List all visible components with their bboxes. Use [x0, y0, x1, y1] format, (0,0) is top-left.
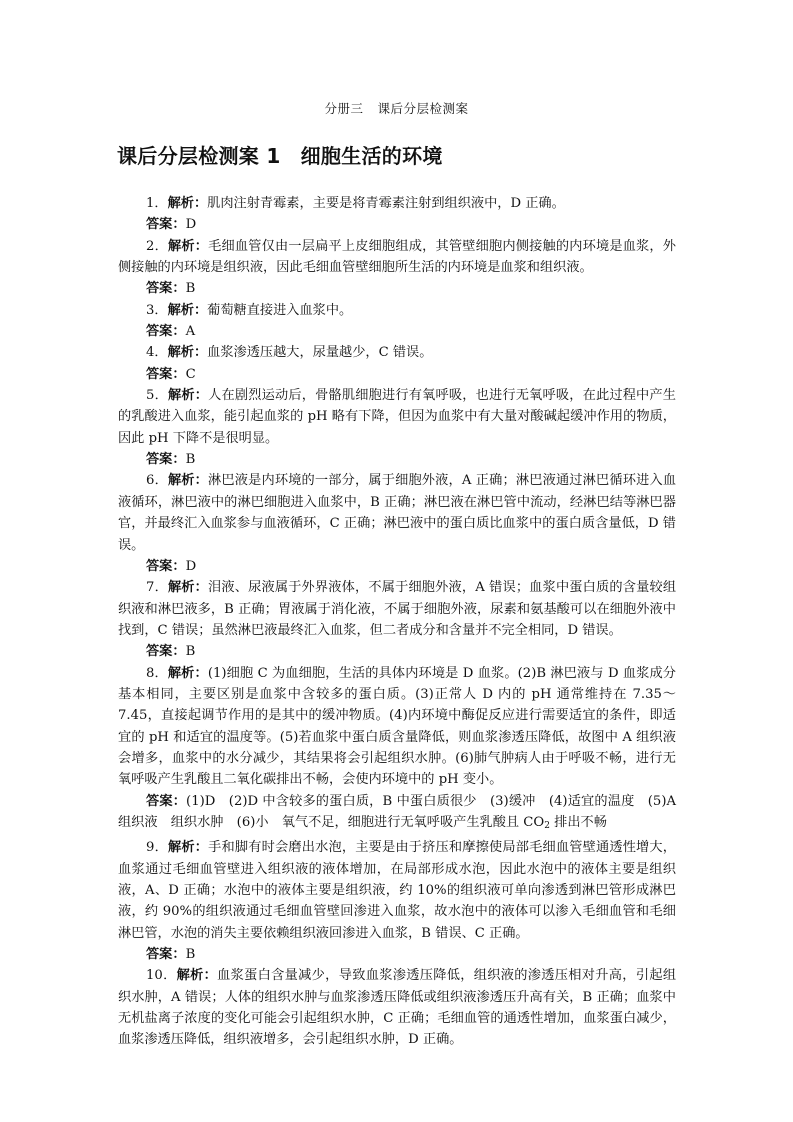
answer-value: B [186, 644, 196, 659]
item-4-answer: 答案：C [118, 364, 676, 385]
item-number: 3． [146, 303, 168, 318]
answer-label: 答案： [146, 324, 186, 339]
title-main: 课后分层检测案 1 [117, 144, 281, 168]
answer-label: 答案： [146, 794, 186, 809]
item-10-analysis: 10．解析：血浆蛋白含量减少，导致血浆渗透压降低，组织液的渗透压相对升高，引起组… [118, 965, 676, 1050]
item-number: 4． [146, 345, 168, 360]
item-8-analysis: 8．解析：(1)细胞 C 为血细胞，生活的具体内环境是 D 血浆。(2)B 淋巴… [118, 663, 676, 791]
answer-label: 答案： [146, 559, 186, 574]
item-2-answer: 答案：B [118, 278, 676, 299]
item-5-answer: 答案：B [118, 449, 676, 470]
item-6-analysis: 6．解析：淋巴液是内环境的一部分，属于细胞外液，A 正确；淋巴液通过淋巴循环进入… [118, 470, 676, 555]
item-9-analysis: 9．解析：手和脚有时会磨出水泡，主要是由于挤压和摩擦使局部毛细血管壁通透性增大，… [118, 837, 676, 944]
header-part: 分册三 [324, 101, 363, 116]
header-section: 课后分层检测案 [378, 101, 469, 116]
analysis-label: 解析： [168, 580, 208, 595]
analysis-label: 解析： [168, 303, 208, 318]
item-3-analysis: 3．解析：葡萄糖直接进入血浆中。 [118, 300, 676, 321]
answer-label: 答案： [146, 452, 186, 467]
answer-value: D [186, 217, 197, 232]
item-5-analysis: 5．解析：人在剧烈运动后，骨骼肌细胞进行有氧呼吸，也进行无氧呼吸，在此过程中产生… [118, 385, 676, 449]
answer-label: 答案： [146, 367, 186, 382]
item-number: 10． [146, 968, 177, 983]
page-title: 课后分层检测案 1细胞生活的环境 [117, 140, 443, 169]
item-2-analysis: 2．解析：毛细血管仅由一层扁平上皮细胞组成，其管壁细胞内侧接触的内环境是血浆，外… [118, 236, 676, 279]
item-number: 1． [146, 196, 168, 211]
answer-label: 答案： [146, 281, 186, 296]
item-7-analysis: 7．解析：泪液、尿液属于外界液体，不属于细胞外液，A 错误；血浆中蛋白质的含量较… [118, 577, 676, 641]
answer-label: 答案： [146, 947, 186, 962]
answer-value: B [186, 947, 196, 962]
answer-label: 答案： [146, 217, 186, 232]
item-number: 6． [146, 473, 168, 488]
analysis-label: 解析： [168, 196, 208, 211]
analysis-label: 解析： [168, 345, 208, 360]
analysis-label: 解析： [168, 388, 208, 403]
item-7-answer: 答案：B [118, 641, 676, 662]
item-9-answer: 答案：B [118, 944, 676, 965]
item-number: 8． [146, 666, 168, 681]
analysis-text: (1)细胞 C 为血细胞，生活的具体内环境是 D 血浆。(2)B 淋巴液与 D … [118, 666, 676, 788]
analysis-text: 葡萄糖直接进入血浆中。 [207, 303, 352, 318]
item-3-answer: 答案：A [118, 321, 676, 342]
answer-label: 答案： [146, 644, 186, 659]
answer-value: A [186, 324, 196, 339]
item-1-analysis: 1．解析：肌肉注射青霉素，主要是将青霉素注射到组织液中，D 正确。 [118, 193, 676, 214]
item-number: 2． [146, 239, 168, 254]
answer-value-tail: 排出不畅 [550, 815, 607, 830]
item-4-analysis: 4．解析：血浆渗透压越大，尿量越少，C 错误。 [118, 342, 676, 363]
item-6-answer: 答案：D [118, 556, 676, 577]
analysis-text: 手和脚有时会磨出水泡，主要是由于挤压和摩擦使局部毛细血管壁通透性增大，血浆通过毛… [118, 840, 676, 940]
analysis-label: 解析： [168, 840, 208, 855]
answer-value: B [186, 281, 196, 296]
analysis-label: 解析： [168, 239, 208, 254]
item-8-answer: 答案：(1)D (2)D 中含较多的蛋白质，B 中蛋白质很少 (3)缓冲 (4)… [118, 791, 676, 838]
title-topic: 细胞生活的环境 [301, 144, 443, 168]
answer-key-body: 1．解析：肌肉注射青霉素，主要是将青霉素注射到组织液中，D 正确。 答案：D 2… [118, 193, 676, 1051]
running-header: 分册三课后分层检测案 [0, 99, 793, 117]
analysis-label: 解析： [168, 473, 208, 488]
analysis-label: 解析： [168, 666, 208, 681]
item-number: 5． [146, 388, 168, 403]
item-1-answer: 答案：D [118, 214, 676, 235]
analysis-text: 肌肉注射青霉素，主要是将青霉素注射到组织液中，D 正确。 [207, 196, 565, 211]
analysis-text: 血浆渗透压越大，尿量越少，C 错误。 [207, 345, 432, 360]
item-number: 9． [146, 840, 168, 855]
answer-value: B [186, 452, 196, 467]
answer-value: C [186, 367, 196, 382]
answer-value: D [186, 559, 197, 574]
analysis-label: 解析： [177, 968, 218, 983]
item-number: 7． [146, 580, 168, 595]
